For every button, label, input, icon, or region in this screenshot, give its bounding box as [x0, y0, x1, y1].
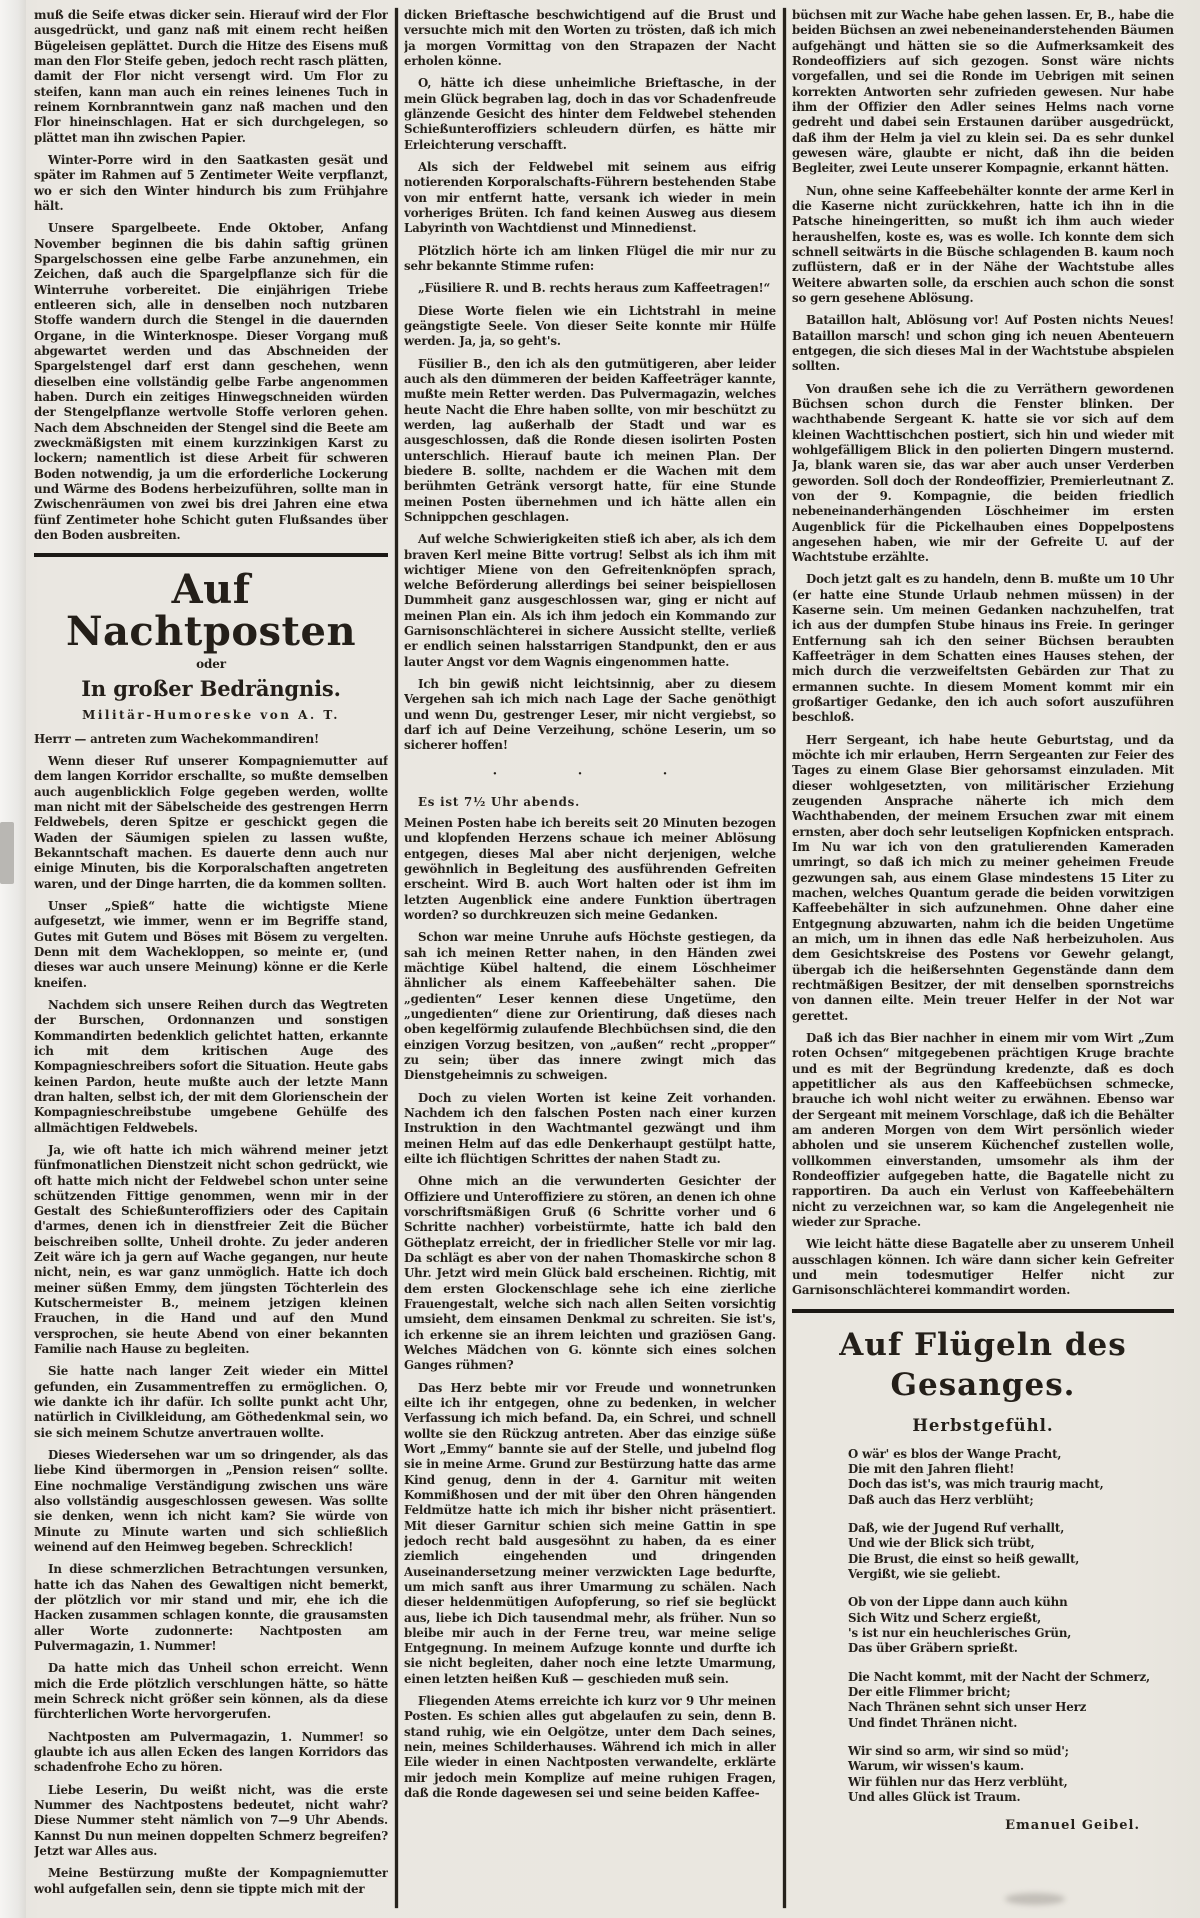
- paragraph: Da hatte mich das Unheil schon erreicht.…: [34, 1661, 388, 1722]
- section-divider-dots: · · ·: [422, 768, 776, 781]
- newspaper-page: muß die Seife etwas dicker sein. Hierauf…: [0, 0, 1200, 1918]
- paragraph: Diese Worte fielen wie ein Lichtstrahl i…: [404, 304, 776, 350]
- paragraph: Nachdem sich unsere Reihen durch das Weg…: [34, 998, 388, 1136]
- paragraph: Von draußen sehe ich die zu Verräthern g…: [792, 382, 1174, 566]
- poem-line: Doch das ist's, was mich traurig macht,: [848, 1477, 1174, 1492]
- poem-stanza: O wär' es blos der Wange Pracht,Die mit …: [848, 1447, 1174, 1508]
- column-rule-1: [395, 8, 398, 1908]
- poem-line: Die Nacht kommt, mit der Nacht der Schme…: [848, 1670, 1174, 1685]
- paragraph: Wenn dieser Ruf unserer Kompagniemutter …: [34, 754, 388, 892]
- scan-edge: [0, 0, 26, 1918]
- humoreske-body-col1: Herrr — antreten zum Wachekommandiren!We…: [34, 732, 388, 1897]
- poem-line: 's ist nur ein heuchlerisches Grün,: [848, 1626, 1174, 1641]
- paragraph: In diese schmerzlichen Betrachtungen ver…: [34, 1562, 388, 1654]
- paragraph: Unsere Spargelbeete. Ende Oktober, Anfan…: [34, 221, 388, 543]
- paragraph: Winter-Porre wird in den Saatkasten gesä…: [34, 153, 388, 214]
- poem-author-signature: Emanuel Geibel.: [792, 1818, 1174, 1835]
- paragraph: Ja, wie oft hatte ich mich während meine…: [34, 1143, 388, 1358]
- poem-line: Nach Thränen sehnt sich unser Herz: [848, 1700, 1174, 1715]
- poem-line: Vergißt, wie sie geliebt.: [848, 1567, 1174, 1582]
- poem-line: Und findet Thränen nicht.: [848, 1716, 1174, 1731]
- paragraph: Bataillon halt, Ablösung vor! Auf Posten…: [792, 313, 1174, 374]
- paragraph: dicken Brieftasche beschwichtigend auf d…: [404, 8, 776, 69]
- poem-separator-rule: [792, 1309, 1174, 1313]
- paragraph: Schon war meine Unruhe aufs Höchste gest…: [404, 930, 776, 1083]
- paragraph: Fliegenden Atems erreichte ich kurz vor …: [404, 1694, 776, 1801]
- paragraph: O, hätte ich diese unheimliche Brieftasc…: [404, 76, 776, 153]
- poem-stanza: Daß, wie der Jugend Ruf verhallt,Und wie…: [848, 1521, 1174, 1582]
- poem-line: Der eitle Flimmer bricht;: [848, 1685, 1174, 1700]
- poem-title: Auf Flügeln des Gesanges.: [792, 1325, 1174, 1406]
- poem-line: Daß auch das Herz verblüht;: [848, 1493, 1174, 1508]
- scan-edge-tab: [0, 822, 14, 884]
- column-3: büchsen mit zur Wache habe gehen lassen.…: [792, 8, 1174, 1908]
- time-lead-line: Es ist 7½ Uhr abends.: [404, 795, 776, 810]
- tips-article-fragment: muß die Seife etwas dicker sein. Hierauf…: [34, 8, 388, 543]
- paragraph: Daß ich das Bier nachher in einem mir vo…: [792, 1031, 1174, 1230]
- poem-line: Wir sind so arm, wir sind so müd';: [848, 1744, 1174, 1759]
- article-separator-rule: [34, 553, 388, 557]
- poem-line: Und wie der Blick sich trübt,: [848, 1536, 1174, 1551]
- paragraph: Doch zu vielen Worten ist keine Zeit vor…: [404, 1091, 776, 1168]
- humoreske-body-col3: büchsen mit zur Wache habe gehen lassen.…: [792, 8, 1174, 1299]
- poem-article: Auf Flügeln des Gesanges. Herbstgefühl. …: [792, 1325, 1174, 1835]
- article-title: Auf Nachtposten: [34, 569, 388, 653]
- humoreske-body-col2-part2: Meinen Posten habe ich bereits seit 20 M…: [404, 816, 776, 1801]
- paragraph: muß die Seife etwas dicker sein. Hierauf…: [34, 8, 388, 146]
- paragraph: Füsilier B., den ich als den gutmütigere…: [404, 357, 776, 526]
- paragraph: büchsen mit zur Wache habe gehen lassen.…: [792, 8, 1174, 177]
- paragraph: Dieses Wiedersehen war um so dringender,…: [34, 1448, 388, 1555]
- poem-stanza: Ob von der Lippe dann auch kühnSich Witz…: [848, 1595, 1174, 1656]
- paragraph: Nachtposten am Pulvermagazin, 1. Nummer!…: [34, 1730, 388, 1776]
- paragraph: Unser „Spieß“ hatte die wichtigste Miene…: [34, 899, 388, 991]
- column-2: dicken Brieftasche beschwichtigend auf d…: [404, 8, 776, 1908]
- poem-line: Die Brust, die einst so heiß gewallt,: [848, 1552, 1174, 1567]
- poem-stanza: Wir sind so arm, wir sind so müd';Warum,…: [848, 1744, 1174, 1805]
- article-byline: Militär-Humoreske von A. T.: [34, 708, 388, 724]
- poem-stanzas: O wär' es blos der Wange Pracht,Die mit …: [792, 1447, 1174, 1806]
- paragraph: „Füsiliere R. und B. rechts heraus zum K…: [404, 281, 776, 296]
- paragraph: Doch jetzt galt es zu handeln, denn B. m…: [792, 572, 1174, 725]
- poem-line: Daß, wie der Jugend Ruf verhallt,: [848, 1521, 1174, 1536]
- paragraph: Herrr — antreten zum Wachekommandiren!: [34, 732, 388, 747]
- paragraph: Das Herz bebte mir vor Freude und wonnet…: [404, 1381, 776, 1688]
- poem-line: Wir fühlen nur das Herz verblüht,: [848, 1775, 1174, 1790]
- poem-line: Sich Witz und Scherz ergießt,: [848, 1611, 1174, 1626]
- poem-line: O wär' es blos der Wange Pracht,: [848, 1447, 1174, 1462]
- paragraph: Wie leicht hätte diese Bagatelle aber zu…: [792, 1237, 1174, 1298]
- column-layout: muß die Seife etwas dicker sein. Hierauf…: [34, 8, 1174, 1908]
- paragraph: Plötzlich hörte ich am linken Flügel die…: [404, 244, 776, 275]
- poem-line: Die mit den Jahren flieht!: [848, 1462, 1174, 1477]
- scan-smudge: [1005, 1893, 1065, 1905]
- paragraph: Als sich der Feldwebel mit seinem aus ei…: [404, 160, 776, 237]
- paragraph: Herr Sergeant, ich habe heute Geburtstag…: [792, 733, 1174, 1024]
- column-1: muß die Seife etwas dicker sein. Hierauf…: [34, 8, 388, 1908]
- paragraph: Meine Bestürzung mußte der Kompagniemutt…: [34, 1866, 388, 1897]
- poem-subtitle: Herbstgefühl.: [792, 1415, 1174, 1436]
- poem-line: Ob von der Lippe dann auch kühn: [848, 1595, 1174, 1610]
- poem-line: Und alles Glück ist Traum.: [848, 1790, 1174, 1805]
- paragraph: Auf welche Schwierigkeiten stieß ich abe…: [404, 532, 776, 670]
- article-subtitle: In großer Bedrängnis.: [34, 675, 388, 702]
- poem-line: Das über Gräbern sprießt.: [848, 1641, 1174, 1656]
- paragraph: Sie hatte nach langer Zeit wieder ein Mi…: [34, 1364, 388, 1441]
- poem-stanza: Die Nacht kommt, mit der Nacht der Schme…: [848, 1670, 1174, 1731]
- paragraph: Nun, ohne seine Kaffeebehälter konnte de…: [792, 184, 1174, 307]
- paragraph: Ohne mich an die verwunderten Gesichter …: [404, 1174, 776, 1373]
- article-title-connector: oder: [34, 657, 388, 673]
- humoreske-article-head: Auf Nachtposten oder In großer Bedrängni…: [34, 569, 388, 723]
- poem-line: Warum, wir wissen's kaum.: [848, 1759, 1174, 1774]
- paragraph: Meinen Posten habe ich bereits seit 20 M…: [404, 816, 776, 923]
- column-rule-2: [783, 8, 786, 1908]
- humoreske-body-col2-part1: dicken Brieftasche beschwichtigend auf d…: [404, 8, 776, 754]
- paragraph: Liebe Leserin, Du weißt nicht, was die e…: [34, 1783, 388, 1860]
- paragraph: Ich bin gewiß nicht leichtsinnig, aber z…: [404, 677, 776, 754]
